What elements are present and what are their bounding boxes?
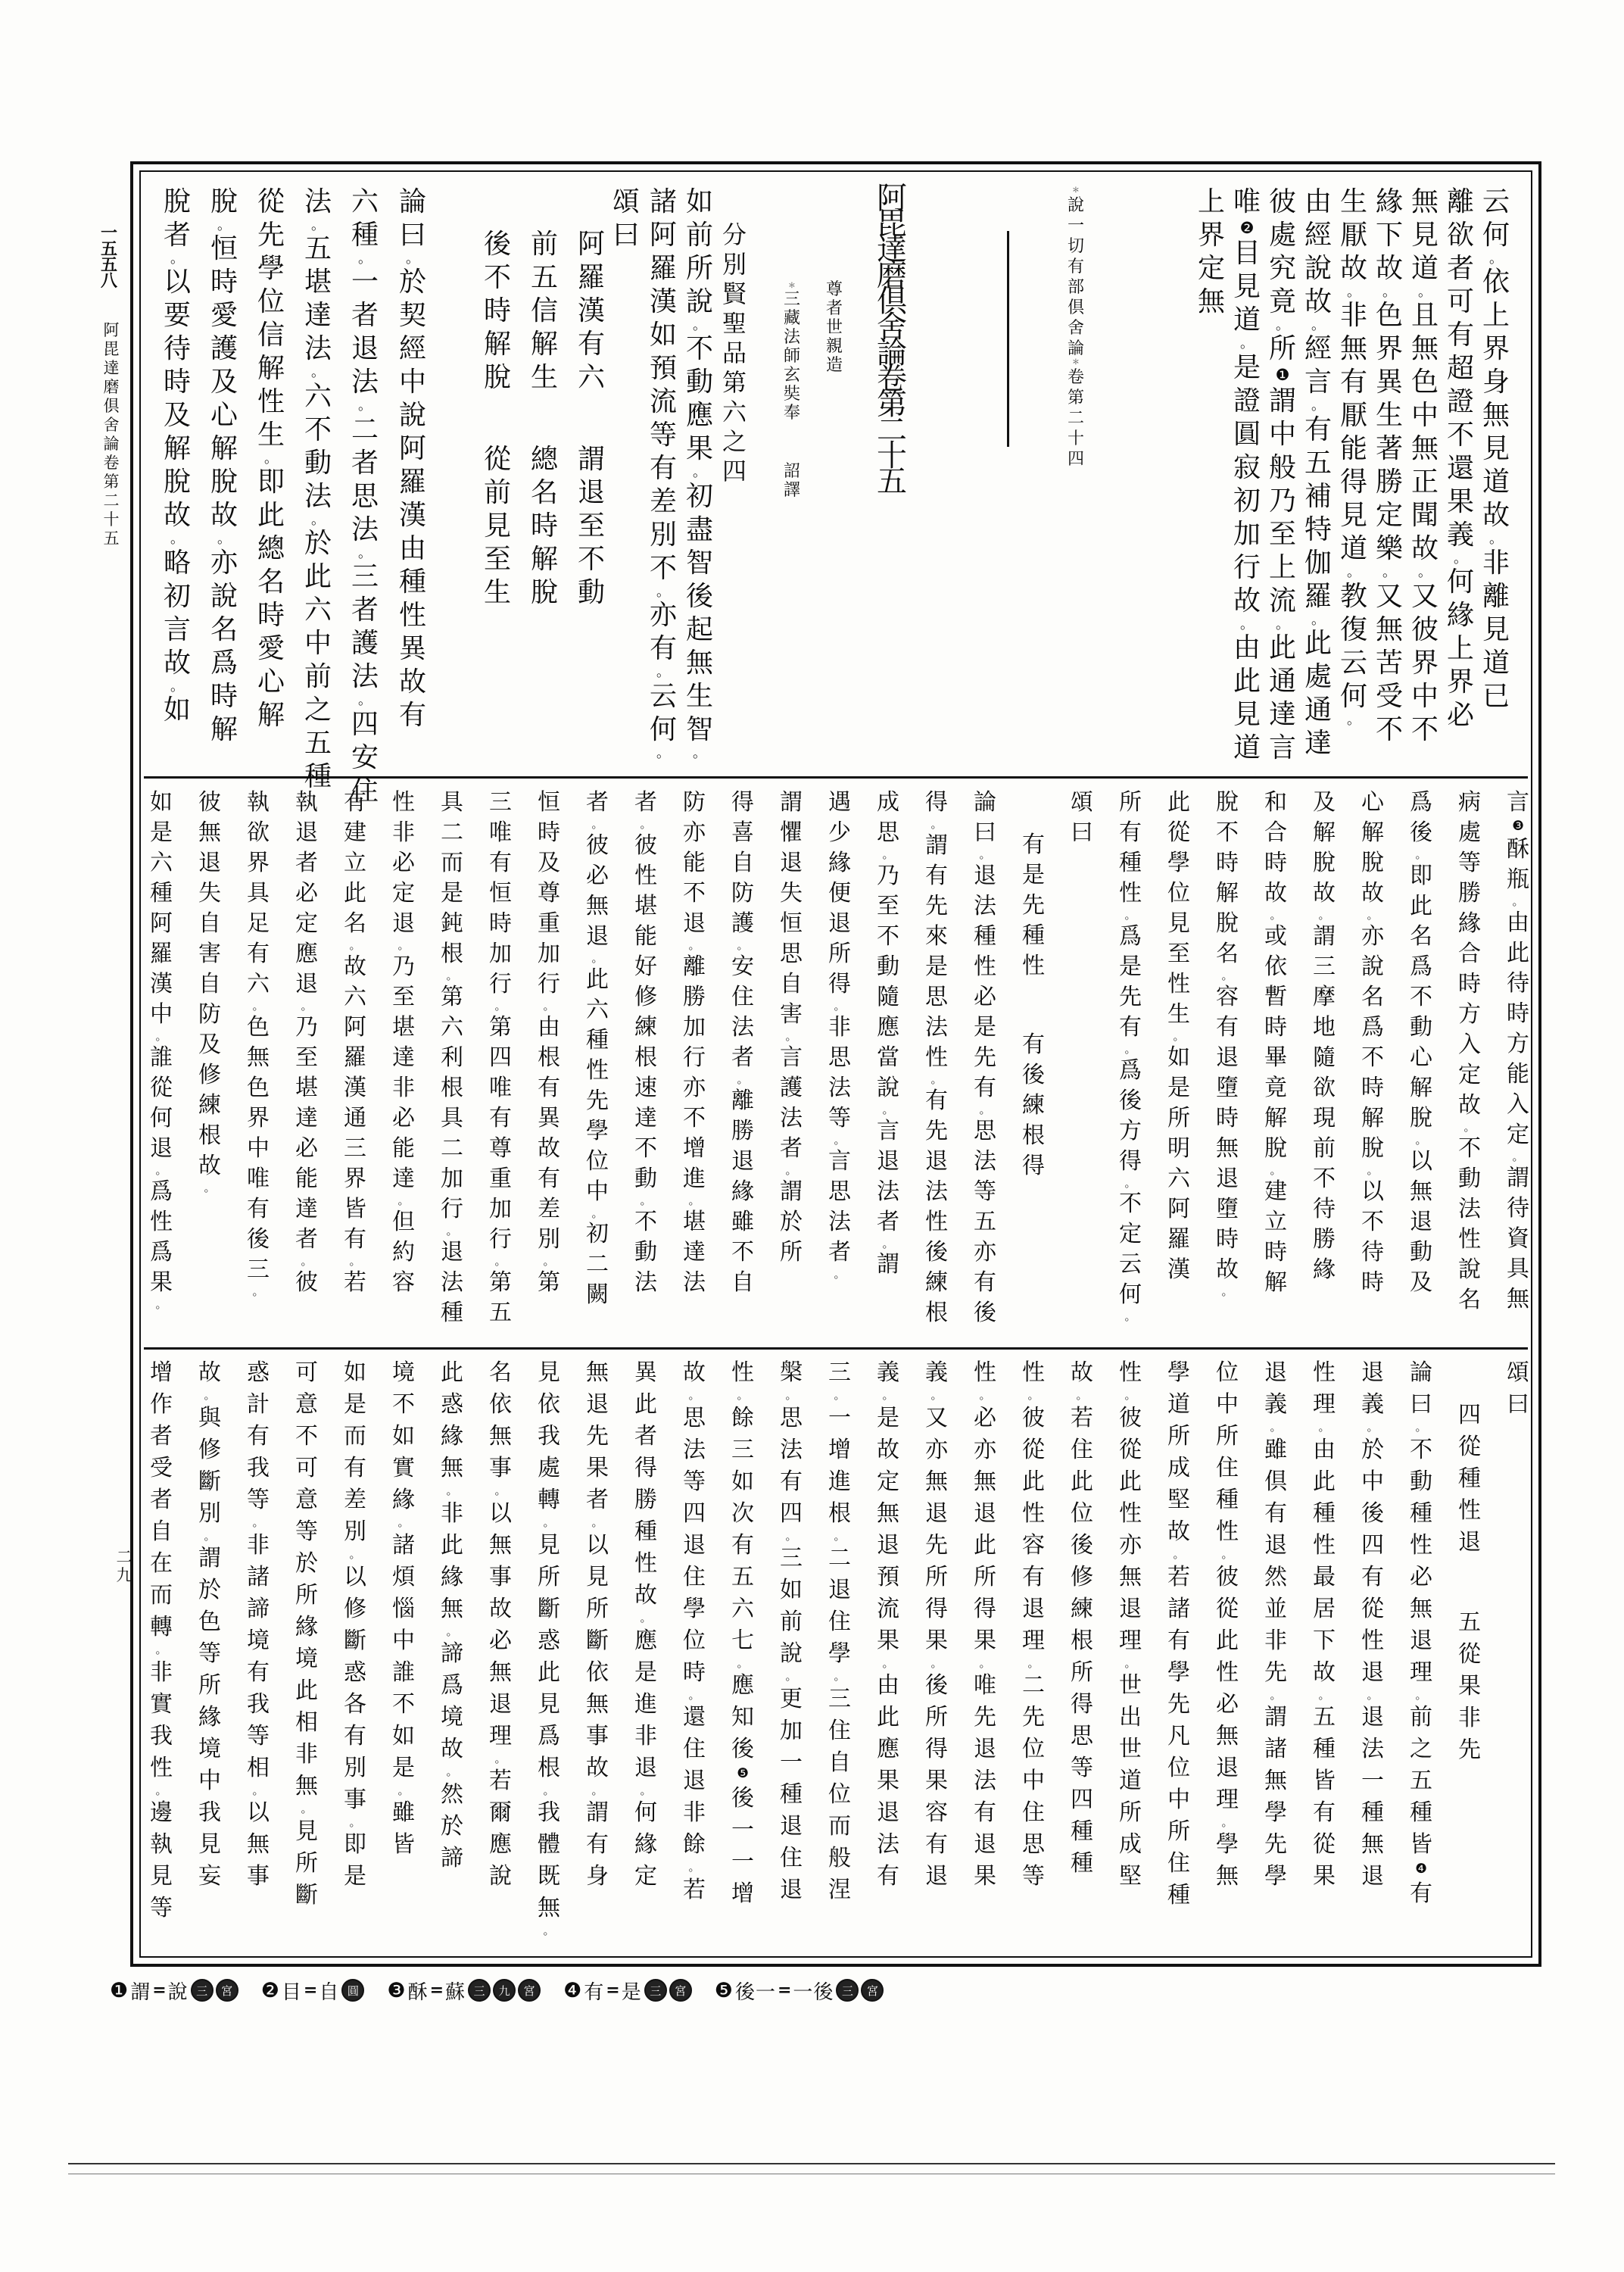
glyph: 行 [485,1225,516,1255]
glyph: 理 [485,1721,516,1752]
punctuation: 。 [970,1389,1000,1403]
glyph: 無 [1195,286,1227,319]
glyph: 能 [1503,1060,1533,1090]
glyph: 何 [631,1797,661,1829]
glyph: 住 [1164,1848,1194,1880]
punctuation: 。 [146,1164,176,1177]
punctuation: 。 [728,939,758,952]
glyph: 要 [161,299,193,332]
prose-column: 如是六種阿羅漢中。誰從何退。爲性爲果。 [146,788,176,1310]
glyph: 種 [1115,848,1146,879]
glyph: 故 [161,647,193,680]
glyph: 中 [146,1000,176,1030]
glyph: 種 [582,1025,613,1056]
bottom-rule-2 [68,2174,1555,2174]
glyph: 動 [1406,1466,1436,1498]
register-divider-2 [144,1347,1528,1350]
glyph: 是 [146,818,176,848]
glyph: 先 [1261,1829,1291,1861]
glyph: 至 [482,543,513,576]
glyph: 我 [243,1689,273,1721]
punctuation: 。 [1212,1548,1242,1562]
glyph: 退 [485,1689,516,1721]
glyph: 五 [1406,1765,1436,1797]
glyph: 曰 [610,219,642,252]
glyph: 前 [1406,1702,1436,1734]
glyph: 智 [684,547,715,580]
glyph: 如 [161,694,193,727]
glyph: 時 [1357,1073,1388,1103]
glyph: 等 [243,1484,273,1516]
glyph: 親 [819,337,849,356]
punctuation: 。 [873,1237,903,1250]
glyph: 故 [1067,1357,1097,1389]
glyph: 性 [1357,1625,1388,1657]
glyph: 是 [437,879,467,909]
glyph: 之 [302,694,334,727]
glyph: 由 [534,1013,564,1043]
glyph: 成 [1115,1829,1146,1861]
edition-siglum: 三 [191,1979,214,2002]
glyph: 見 [1480,432,1512,466]
glyph: 補 [1302,480,1334,513]
glyph: 先 [582,1421,613,1453]
glyph: 不 [1309,1164,1339,1194]
glyph: 差 [647,485,679,519]
glyph: 進 [824,1466,855,1498]
glyph: 合 [1454,939,1485,969]
glyph: 速 [631,1073,661,1103]
glyph: 修 [195,1434,225,1466]
glyph: 名 [485,1357,516,1389]
glyph: 者 [291,848,322,879]
glyph: 定 [388,879,419,909]
prose-column: 謂懼退失恒思自害。言護法者。謂於所 [776,788,806,1268]
glyph: 乃 [291,1013,322,1043]
glyph: 至 [873,891,903,922]
glyph: 謂 [873,1250,903,1280]
glyph: 容 [921,1797,952,1829]
glyph: 不 [631,1207,661,1237]
note-marker: ❸ [1503,818,1533,835]
glyph: 漢 [575,295,607,328]
glyph: 曰 [1067,818,1097,848]
glyph: 後 [921,1237,952,1268]
edition-siglum: 九 [493,1979,516,2002]
punctuation: 。 [388,1516,419,1530]
glyph: 餘 [728,1403,758,1434]
glyph: 所 [921,1562,952,1593]
glyph: 既 [534,1861,564,1893]
glyph: 脫 [1261,1134,1291,1164]
glyph: 中 [1409,680,1441,713]
glyph: 思 [824,1177,855,1207]
glyph: 前 [684,219,715,252]
glyph: 斷 [534,1593,564,1625]
glyph: 亦 [208,547,240,580]
verse-column: 阿羅漢有六謂退至不動 [575,228,607,610]
glyph: 失 [195,879,225,909]
glyph: 證 [1231,385,1263,418]
glyph: 者 [291,1225,322,1255]
glyph: 有 [970,1797,1000,1829]
punctuation: 。 [291,1802,322,1816]
glyph: 堅 [1115,1861,1146,1893]
glyph: 故 [873,1434,903,1466]
glyph: 位 [1212,1357,1242,1389]
glyph: 達 [388,1043,419,1073]
apparatus-variant: 自 [319,1977,339,2005]
glyph: 自 [195,909,225,939]
glyph: 不 [482,261,513,295]
glyph: 無 [1338,332,1370,366]
glyph: 者 [349,299,381,332]
glyph: 是 [1164,1073,1194,1103]
glyph: 分 [718,220,751,250]
glyph: 從 [1454,1639,1485,1671]
glyph: 無 [485,1657,516,1689]
glyph: 有 [485,1103,516,1134]
glyph: 解 [528,543,560,576]
glyph: 退 [1018,1593,1049,1625]
glyph: 非 [388,1073,419,1103]
glyph: 特 [1302,513,1334,547]
glyph: 如 [146,788,176,818]
glyph: 如 [776,1574,806,1606]
glyph: 退 [437,1237,467,1268]
glyph: 時 [1261,1013,1291,1043]
glyph: 緣 [437,1421,467,1453]
verse-pada-gap [575,395,607,443]
glyph: 如 [684,186,715,219]
glyph: 從 [482,443,513,476]
glyph: 能 [679,848,709,879]
glyph: 名 [1454,1285,1485,1315]
glyph: 有 [534,1073,564,1103]
punctuation: 。 [679,1861,709,1874]
glyph: 練 [631,1013,661,1043]
punctuation: 。 [388,939,419,952]
glyph: 成 [873,788,903,818]
glyph: 一 [1357,1765,1388,1797]
glyph: 思 [776,939,806,969]
prose-column: 位中所住種性。彼從此性必無退理。學無 [1212,1357,1242,1893]
prose-column: 境不如實緣。諸煩惱中誰不如是。雖皆 [388,1357,419,1861]
glyph: 此 [1302,627,1334,660]
glyph: 根 [1067,1625,1097,1657]
glyph: 者 [582,1484,613,1516]
glyph: 諸 [647,186,679,219]
glyph: 中 [243,1134,273,1164]
glyph: 三 [776,1543,806,1574]
glyph: 謂 [582,1797,613,1829]
glyph: 退 [776,848,806,879]
glyph: 失 [776,879,806,909]
glyph: 第 [437,982,467,1013]
glyph: 諸 [1164,1593,1194,1625]
punctuation: 。 [1338,286,1370,299]
prose-column: 惑計有我等。非諸諦境有我等相。以無事 [243,1357,273,1893]
prose-column: 退義。於中後四有從性退。退法一種無退 [1357,1357,1388,1893]
glyph: 流 [1267,585,1298,618]
glyph: 三 [777,290,807,309]
glyph: 解 [1357,1103,1388,1134]
glyph: 體 [534,1829,564,1861]
glyph: 安 [349,741,381,775]
glyph: 聖 [718,309,751,339]
punctuation: 。 [302,219,334,233]
glyph: 相 [243,1752,273,1784]
glyph: 時 [1261,1237,1291,1268]
glyph: 性 [1212,1657,1242,1689]
margin-glyph: 阿 [98,321,124,340]
glyph: 阿 [575,228,607,261]
glyph: 者 [349,447,381,480]
glyph: 不 [1212,818,1242,848]
glyph: 從 [1454,1431,1485,1463]
glyph: 倶 [1058,298,1093,318]
glyph: 等 [1018,1861,1049,1893]
glyph: 如 [388,1421,419,1453]
apparatus-equals: = [778,1980,791,2000]
glyph: 理 [1406,1657,1436,1689]
glyph: 等 [195,1638,225,1670]
glyph: 見 [291,1816,322,1848]
glyph: 六 [349,186,381,219]
glyph: 有 [1357,1562,1388,1593]
glyph: 超 [1445,352,1476,385]
glyph: 害 [195,939,225,969]
glyph: 定 [1115,1219,1146,1250]
punctuation: 。 [349,399,381,413]
glyph: 一 [1058,216,1093,236]
glyph: 少 [824,818,855,848]
punctuation: 。 [534,1255,564,1268]
glyph: 者 [776,1134,806,1164]
punctuation: 。 [728,1073,758,1086]
punctuation: 。 [1115,909,1146,922]
margin-glyph: 舍 [98,416,124,435]
glyph: 非 [437,1498,467,1530]
note-marker: ❶ [1267,366,1298,384]
glyph: 退 [824,909,855,939]
glyph: 斷 [340,1625,370,1657]
glyph: 言 [824,1147,855,1177]
glyph: 時 [208,680,240,713]
glyph: 後 [482,228,513,261]
glyph: 退 [1454,1527,1485,1559]
punctuation: 。 [631,1194,661,1207]
glyph: 生 [1164,1000,1194,1030]
glyph: 說 [776,1638,806,1670]
glyph: 種 [146,879,176,909]
punctuation: 。 [1261,1164,1291,1177]
glyph: 有 [921,861,952,891]
glyph: 出 [1115,1702,1146,1734]
glyph: 六 [718,398,751,427]
glyph: 退 [1406,1207,1436,1237]
glyph: 阿 [146,909,176,939]
punctuation: 。 [1445,552,1476,566]
glyph: 前 [528,228,560,261]
glyph: 先 [1115,982,1146,1013]
glyph: 無 [1406,1177,1436,1207]
prose-column: 論曰。退法種性必是先有。思法等五亦有後 [970,788,1000,1328]
punctuation: 。 [437,969,467,982]
punctuation: 。 [1115,1043,1146,1056]
glyph: 彼 [582,831,613,861]
glyph: 世 [1115,1734,1146,1765]
sutra-title-column: 阿毘達磨倶舍論卷第二十五 [868,186,916,495]
glyph: 此 [1231,665,1263,698]
glyph: 種 [1406,1498,1436,1530]
glyph: 緣 [824,848,855,879]
glyph: 解 [1261,1103,1291,1134]
glyph: 故 [534,1134,564,1164]
punctuation: 。 [1480,532,1512,546]
glyph: 義 [1357,1389,1388,1421]
glyph: 必 [388,1103,419,1134]
glyph: 何 [1445,566,1476,599]
punctuation: 。 [146,1643,176,1657]
glyph: 遇 [824,788,855,818]
glyph: 諦 [243,1593,273,1625]
glyph: 於 [437,1811,467,1843]
glyph: 退 [921,1498,952,1530]
glyph: 事 [340,1784,370,1816]
glyph: 離 [1480,580,1512,613]
glyph: 可 [291,1453,322,1484]
glyph: 初 [161,580,193,613]
glyph: 有 [340,788,370,818]
glyph: 境 [388,1357,419,1389]
glyph: 法 [824,1207,855,1237]
glyph: 喜 [728,818,758,848]
glyph: 有 [776,1466,806,1498]
glyph: 及 [208,366,240,399]
glyph: 伽 [1302,547,1334,580]
glyph: 不 [388,1689,419,1721]
glyph: 果 [582,1453,613,1484]
glyph: 爲 [146,1237,176,1268]
glyph: 有 [340,1225,370,1255]
glyph: 所 [582,1593,613,1625]
glyph: 無 [243,1043,273,1073]
glyph: 果 [1309,1861,1339,1893]
glyph: 堪 [631,891,661,922]
apparatus-variant: 說 [168,1977,189,2005]
glyph: 曰 [970,818,1000,848]
glyph: 漢 [647,286,679,319]
apparatus-equals: = [152,1980,166,2000]
prose-column: 恒時及尊重加行。由根有異故有差別。第 [534,788,564,1298]
glyph: 且 [1409,299,1441,332]
glyph: 我 [243,1453,273,1484]
punctuation: 。 [437,1484,467,1498]
punctuation: 。 [1261,909,1291,922]
punctuation: 。 [776,1670,806,1684]
glyph: 五 [302,727,334,760]
glyph: 三 [728,1434,758,1466]
glyph: 說 [208,580,240,613]
glyph: 有 [1018,1030,1049,1060]
glyph: 應 [631,1625,661,1657]
glyph: 不 [631,1134,661,1164]
glyph: 皆 [1406,1829,1436,1861]
glyph: 必 [1406,1562,1436,1593]
glyph: 雖 [728,1207,758,1237]
glyph: 知 [728,1702,758,1734]
glyph: 無 [921,1466,952,1498]
glyph: 見 [1338,499,1370,532]
edition-siglum: 宮 [518,1979,541,2002]
glyph: 動 [684,366,715,399]
glyph: 鈍 [437,909,467,939]
glyph: 勝 [1309,1225,1339,1255]
glyph: 此 [1267,632,1298,665]
glyph: 般 [1267,451,1298,485]
glyph: 厭 [1338,399,1370,432]
glyph: 時 [1212,848,1242,879]
glyph: 好 [631,952,661,982]
glyph: 達 [1267,698,1298,732]
glyph: 見 [1231,698,1263,732]
glyph: 恒 [776,909,806,939]
glyph: 不 [1454,1134,1485,1164]
glyph: 舍 [1058,318,1093,339]
prose-column: 所有種性。爲是先有。爲後方得。不定云何。 [1115,788,1146,1323]
glyph: 解 [161,432,193,466]
punctuation: 。 [873,848,903,861]
glyph: 達 [388,1164,419,1194]
glyph: 故 [340,952,370,982]
punctuation: 。 [1261,1421,1291,1434]
punctuation: 。 [631,818,661,831]
glyph: 尊 [819,280,849,299]
glyph: 無 [1261,1765,1291,1797]
glyph: 說 [1058,195,1093,216]
glyph: 退 [679,909,709,939]
glyph: 能 [291,1164,322,1194]
glyph: 從 [1115,1434,1146,1466]
glyph: 居 [1309,1593,1339,1625]
glyph: 從 [146,1073,176,1103]
glyph: 通 [1267,665,1298,698]
glyph: 有 [1212,1013,1242,1043]
punctuation: 。 [161,252,193,266]
glyph: 等 [1067,1752,1097,1784]
punctuation: 。 [195,1389,225,1403]
glyph: 五 [302,233,334,266]
glyph: 道 [1231,732,1263,765]
glyph: 見 [146,1861,176,1893]
prose-column: 具二而是鈍根。第六利根具二加行。退法種 [437,788,467,1328]
glyph: 脫 [482,361,513,395]
glyph: 異 [631,1357,661,1389]
glyph: 曰 [1406,1389,1436,1421]
glyph: 懼 [776,818,806,848]
prose-column: 彼處究竟。所❶謂中般乃至上流。此通達言 [1267,186,1298,765]
glyph: 所 [1164,1816,1194,1848]
punctuation: 。 [291,1255,322,1268]
glyph: 所 [1267,332,1298,366]
prose-column: 得。謂有先來是思法性。有先退法性後練根 [921,788,952,1328]
glyph: 必 [485,1625,516,1657]
glyph: 容 [388,1268,419,1298]
glyph: 得 [1067,1689,1097,1721]
glyph: 生 [684,680,715,713]
glyph: 何 [1115,1280,1146,1310]
